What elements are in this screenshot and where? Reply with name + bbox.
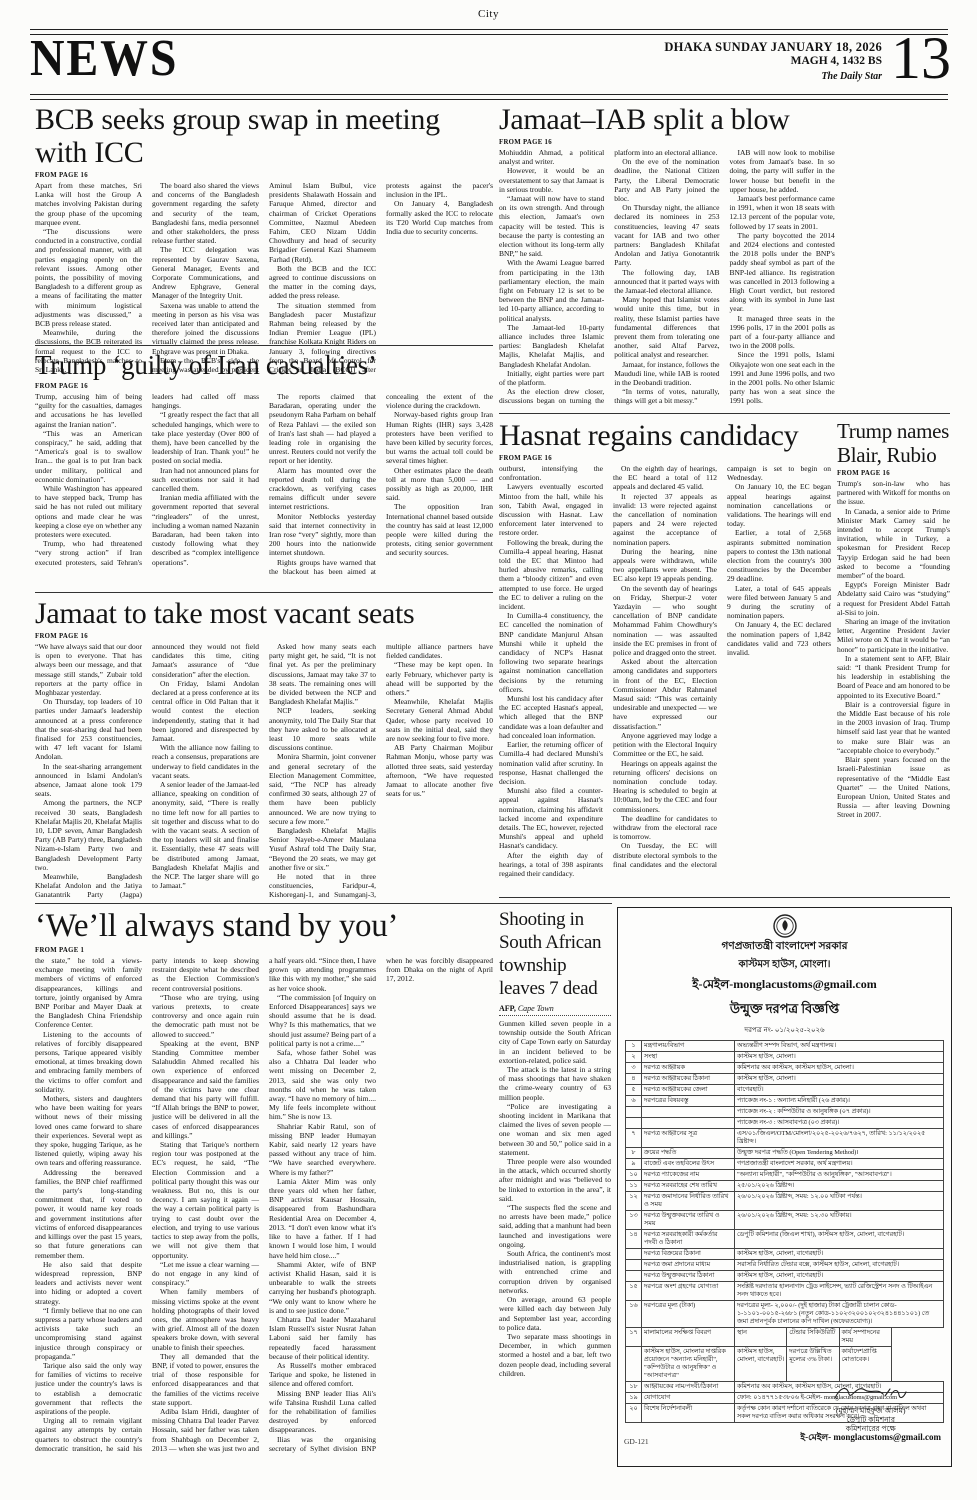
from-page-kicker: FROM PAGE 16 xyxy=(35,383,493,390)
article-trump-blair: Trump names Blair, Rubio FROM PAGE 16 Tr… xyxy=(837,419,950,884)
paragraph: “These may be kept open. In early Februa… xyxy=(386,660,493,697)
paragraph: However, it would be an overstatement to… xyxy=(499,166,604,194)
paragraph: Since the 1991 polls, Islami Oikyajote w… xyxy=(730,350,835,405)
paragraph: “This was an American conspiracy,” he sa… xyxy=(35,429,142,484)
paragraph: With the alliance now failing to reach a… xyxy=(152,743,259,780)
paragraph: In the seat-sharing arrangement announce… xyxy=(35,762,142,799)
paragraph: Blair is a controversial figure in the M… xyxy=(837,700,950,755)
paragraph: Following the break, during the Cumilla-… xyxy=(499,538,603,612)
paragraph: On the seventh day of hearings on Friday… xyxy=(613,584,717,658)
paragraph: Munshi also filed a counter-appeal again… xyxy=(499,786,603,850)
paragraph: Anyone aggrieved may lodge a petition wi… xyxy=(613,731,717,759)
paragraph: Mothers, sisters and daughters who have … xyxy=(35,1094,142,1168)
paragraph: The deadline for candidates to withdraw … xyxy=(613,814,717,842)
notice-title: উন্মুক্ত দরপত্র বিজ্ঞপ্তি xyxy=(625,1000,944,1021)
from-page-kicker: FROM PAGE 16 xyxy=(35,172,493,179)
paragraph: While Washington has appeared to have st… xyxy=(35,484,142,539)
paragraph: Initially, eight parties were part of th… xyxy=(499,369,604,387)
paragraph: As Russell's mother embraced Tarique and… xyxy=(269,1361,376,1389)
paragraph: “Let me issue a clear warning — do not e… xyxy=(152,1260,259,1288)
paragraph: A senior leader of the Jamaat-led allian… xyxy=(152,780,259,890)
notice-table-row: ৩দরপত্র আহ্বায়ককমিশনার অব কাস্টমস, কাস্… xyxy=(626,1063,944,1074)
notice-table-row: ৭দরপত্র আহ্বানের সূত্রএস/০১/জিএল/OTM/মোং… xyxy=(626,1129,944,1148)
article-trump-iran: Trump ‘guilty of Iran casualties’ FROM P… xyxy=(35,350,493,584)
paragraph: Both the BCB and the ICC agreed to conti… xyxy=(269,264,376,301)
from-page-kicker: FROM PAGE 16 xyxy=(35,633,493,640)
paragraph: The attack is the latest in a string of … xyxy=(499,1065,611,1102)
paragraph: Trump, accusing him of being “guilty for… xyxy=(35,392,142,429)
paragraph: Jamaat, for instance, follows the Maudud… xyxy=(614,360,719,388)
paragraph: Norway-based rights group Iran Human Rig… xyxy=(386,410,493,465)
notice-table-row: ৮ক্রয়ের পদ্ধতিউন্মুক্ত দরপত্র পদ্ধতি (O… xyxy=(626,1148,944,1159)
paragraph: “Jamaat will now have to stand on its ow… xyxy=(499,194,604,258)
from-page-kicker: FROM PAGE 16 xyxy=(499,139,950,146)
paragraph: In Canada, a senior aide to Prime Minist… xyxy=(837,507,950,581)
paragraph: “We have always said that our door is op… xyxy=(35,642,142,697)
paragraph: It managed three seats in the 1996 polls… xyxy=(730,314,835,351)
notice-table-row: প্যাকেজ নং-৩ : আসবাবপত্র (০৩ প্রকার)। xyxy=(626,1118,944,1129)
page-number: 13 xyxy=(891,28,951,88)
paragraph: Speaking at the event, BNP Standing Comm… xyxy=(152,1039,259,1140)
paragraph: Earlier, the returning officer of Cumill… xyxy=(499,740,603,786)
paragraph: Lawyers eventually escorted Mintoo from … xyxy=(499,482,603,537)
notice-table-row: ১৭মালামালের সংক্ষিপ্ত বিবরণস্থানটেন্ডার … xyxy=(626,1328,944,1347)
paragraph: When family members of missing victims s… xyxy=(152,1287,259,1351)
paragraph: Monitor Netblocks yesterday said that in… xyxy=(269,512,376,558)
article-body: Apart from these matches, Sri Lanka will… xyxy=(35,181,493,377)
paragraph: the state,” he told a views-exchange mee… xyxy=(35,956,142,1030)
notice-ref-number: দরপত্র নং- ০১/২০২৫-২০২৬ xyxy=(625,1024,944,1036)
paragraph: The opposition Iran International channe… xyxy=(386,502,493,557)
paragraph: Jamaat's best performance came in 1991, … xyxy=(730,194,835,231)
paragraph: He also said that despite widespread rep… xyxy=(35,1260,142,1306)
paragraph: The board also shared the views and conc… xyxy=(152,181,259,245)
paragraph: Listening to the accounts of relatives o… xyxy=(35,1030,142,1094)
article-shooting: Shooting in South African township leave… xyxy=(499,908,611,1444)
article-headline: Shooting in South African township leave… xyxy=(499,908,611,1000)
paragraph: “Those who are trying, using various pre… xyxy=(152,993,259,1039)
paragraph: It rejected 37 appeals as invalid: 13 we… xyxy=(613,492,717,547)
section-label: City xyxy=(0,8,977,20)
paragraph: Trump's son-in-law who has partnered wit… xyxy=(837,479,950,507)
paragraph: Hearings on appeals against the returnin… xyxy=(613,759,717,814)
paragraph: Missing BNP leader Ilias Ali's wife Tahs… xyxy=(269,1389,376,1435)
signatory-title: ডেপুটি কমিশনার xyxy=(800,1415,941,1424)
paragraph: Meanwhile, Khelafat Majlis Secretary Gen… xyxy=(386,697,493,743)
article-bcb: BCB seeks group swap in meeting with ICC… xyxy=(35,103,493,377)
section-divider xyxy=(35,903,612,904)
notice-table-row: ১৬দরপত্রের মূল্য (টাকা)দরপত্রের মূল্য- ২… xyxy=(626,1301,944,1328)
paragraph: On January 4, Bangladesh formally asked … xyxy=(386,199,493,236)
paragraph: Munshi lost his candidacy after the EC a… xyxy=(499,694,603,740)
article-body: Trump's son-in-law who has partnered wit… xyxy=(837,479,950,884)
paragraph: Tarique also said the only way for famil… xyxy=(35,1361,142,1416)
paragraph: On average, around 63 people were killed… xyxy=(499,1295,611,1332)
article-headline: BCB seeks group swap in meeting with ICC xyxy=(35,103,493,169)
from-page-kicker: FROM PAGE 16 xyxy=(499,455,831,462)
paragraph: The reports claimed that Baradaran, oper… xyxy=(269,392,376,466)
paragraph: Many hoped that Islamist votes would uni… xyxy=(614,295,719,359)
notice-email-line: ই-মেইল-monglacustoms@gmail.com xyxy=(625,976,944,996)
notice-table-row: ৫দরপত্র আহ্বায়কের জেলাবাগেরহাট। xyxy=(626,1085,944,1096)
paragraph: “The discussions were conducted in a con… xyxy=(35,227,142,328)
section-divider xyxy=(35,345,493,346)
paragraph: On Thursday night, the alliance declared… xyxy=(614,203,719,267)
from-page-kicker: FROM PAGE 16 xyxy=(837,470,950,477)
paragraph: On January 4, the EC declared the nomina… xyxy=(727,620,831,657)
article-headline: Hasnat regains candidacy xyxy=(499,419,831,452)
signature-block: (মুহাম্মদ মাহফুজ আলম) ডেপুটি কমিশনার কমি… xyxy=(800,1380,941,1442)
tender-notice-ad: গণপ্রজাতন্ত্রী বাংলাদেশ সরকার কাস্টমস হা… xyxy=(617,907,952,1467)
notice-table-row: ১২দরপত্র জমাদানের নির্ধারিত তারিখ ও সময়… xyxy=(626,1192,944,1211)
signatory-email: ই-মেইল- monglacustoms@gmail.com xyxy=(800,1433,941,1442)
article-headline: ‘We’ll always stand by you’ xyxy=(35,908,493,944)
byline-place: Cape Town xyxy=(518,1004,554,1013)
paragraph: “The commission [of Inquiry on Enforced … xyxy=(269,993,376,1048)
paragraph: “In terms of votes, naturally, things wi… xyxy=(614,387,719,405)
paragraph: Later, a total of 645 appeals were filed… xyxy=(727,584,831,621)
paragraph: “Police are investigating a shooting inc… xyxy=(499,1102,611,1157)
paragraph: The ICC delegation was represented by Ga… xyxy=(152,245,259,300)
ad-code: GD-121 xyxy=(624,1437,649,1446)
byline-agency: AFP, xyxy=(499,1004,516,1013)
paragraph: Iranian media affiliated with the govern… xyxy=(152,493,259,567)
paragraph: On the eighth day of hearings, the EC he… xyxy=(613,464,717,492)
from-page-kicker: FROM PAGE 1 xyxy=(35,947,493,954)
paragraph: Asked how many seats each party might ge… xyxy=(269,642,376,706)
paragraph: During the hearing, nine appeals were wi… xyxy=(613,547,717,584)
paragraph: Three people were also wounded in the at… xyxy=(499,1157,611,1203)
paragraph: The party boycotted the 2014 and 2024 el… xyxy=(730,231,835,314)
paragraph: “I greatly respect the fact that all sch… xyxy=(152,410,259,465)
notice-table-row: ১৪দরপত্র সরবরাহকারী কর্মকর্তার পদবী ও ঠি… xyxy=(626,1230,944,1249)
byline-rule xyxy=(499,1015,611,1016)
paragraph: On January 10, the EC began appeal heari… xyxy=(727,482,831,528)
paragraph: After the eighth day of hearings, a tota… xyxy=(499,851,603,879)
paragraph: Apart from these matches, Sri Lanka will… xyxy=(35,181,142,227)
byline: AFP, Cape Town xyxy=(499,1004,611,1013)
paragraph: They all demanded that the BNP, if voted… xyxy=(152,1352,259,1407)
section-divider xyxy=(499,897,950,898)
notice-table-row: দরপত্র বিক্রয়ের ঠিকানাকাস্টমস হাউস, মোং… xyxy=(626,1249,944,1260)
notice-table-row: ৪দরপত্র আহ্বায়কের ঠিকানাকাস্টমস হাউস, ম… xyxy=(626,1074,944,1085)
notice-table-row: ৬দরপত্রের বিষয়বস্তুপ্যাকেজ নং-১ : অন্যা… xyxy=(626,1096,944,1107)
signature-scribble xyxy=(831,1380,911,1406)
date-block: DHAKA SUNDAY JANUARY 18, 2026 MAGH 4, 14… xyxy=(664,40,882,84)
paragraph: In Cumilla-4 constituency, the EC cancel… xyxy=(499,611,603,694)
article-body: outburst, intensifying the confrontation… xyxy=(499,464,831,882)
paragraph: “The suspects fled the scene and no arre… xyxy=(499,1203,611,1249)
paragraph: Saxena was unable to attend the meeting … xyxy=(152,301,259,356)
paragraph: Chhatra Dal leader Mazaharul Islam Russe… xyxy=(269,1315,376,1361)
article-body: the state,” he told a views-exchange mee… xyxy=(35,956,493,1456)
paragraph: Bangladesh Khelafat Majlis Senior Nayeb-… xyxy=(269,826,376,872)
masthead: NEWS xyxy=(30,33,178,85)
article-body: Trump, accusing him of being “guilty for… xyxy=(35,392,493,584)
paragraph: Safa, whose father Sohel was also a Chha… xyxy=(269,1048,376,1122)
article-headline: Trump names Blair, Rubio xyxy=(837,419,950,467)
notice-table-row: দরপত্র উন্মুক্তকরণের ঠিকানাকাস্টমস হাউস,… xyxy=(626,1271,944,1282)
paragraph: outburst, intensifying the confrontation… xyxy=(499,464,603,482)
paragraph: On the eve of the nomination deadline, t… xyxy=(614,157,719,203)
notice-table-row: ১মন্ত্রণালয়/বিভাগঅভ্যন্তরীণ সম্পদ বিভাগ… xyxy=(626,1041,944,1052)
date-line: DHAKA SUNDAY JANUARY 18, 2026 xyxy=(664,40,882,54)
article-jamaat-iab: Jamaat–IAB split a blow FROM PAGE 16 Moh… xyxy=(499,103,950,410)
header-rule-bottom xyxy=(30,94,948,100)
notice-table-row: ১৩দরপত্র উন্মুক্তকরণের তারিখ ও সময়২৬/০১… xyxy=(626,1211,944,1230)
paragraph: NCP leaders, seeking anonymity, told The… xyxy=(269,706,376,752)
section-divider xyxy=(499,413,950,414)
paragraph: Among the partners, the NCP received 30 … xyxy=(35,798,142,872)
paragraph: Lamia Akter Mim was only three years old… xyxy=(269,1177,376,1260)
notice-office-line: কাস্টমস হাউস, মোংলা। xyxy=(625,957,944,974)
paragraph: Alarm has mounted over the reported deat… xyxy=(269,466,376,512)
paragraph: The following day, IAB announced that it… xyxy=(614,268,719,296)
paragraph: Addressing the bereaved families, the BN… xyxy=(35,1168,142,1260)
article-body: “We have always said that our door is op… xyxy=(35,642,493,900)
notice-table-row: ৯বাজেট এবং তহবিলের উৎসগণপ্রজাতন্ত্রী বাং… xyxy=(626,1159,944,1170)
article-headline: Jamaat to take most vacant seats xyxy=(35,597,493,630)
paragraph: On Friday, Islami Andolan declared at a … xyxy=(152,679,259,743)
article-hasnat: Hasnat regains candidacy FROM PAGE 16 ou… xyxy=(499,419,831,882)
paragraph: In a statement sent to AFP, Blair said: … xyxy=(837,654,950,700)
paragraph: On Thursday, top leaders of 10 parties u… xyxy=(35,697,142,761)
paragraph: South Africa, the continent's most indus… xyxy=(499,1249,611,1295)
article-headline: Trump ‘guilty of Iran casualties’ xyxy=(35,350,493,380)
article-headline: Jamaat–IAB split a blow xyxy=(499,103,950,136)
paragraph: AB Party Chairman Mojibur Rahman Monju, … xyxy=(386,743,493,798)
paragraph: Mohiuddin Ahmad, a political analyst and… xyxy=(499,148,604,166)
section-divider xyxy=(35,592,493,593)
paragraph: Sharing an image of the invitation lette… xyxy=(837,617,950,654)
paragraph: The Jamaat-led 10-party alliance include… xyxy=(499,323,604,369)
paragraph: Earlier, a total of 2,568 aspirants subm… xyxy=(727,528,831,583)
article-stand-by-you: ‘We’ll always stand by you’ FROM PAGE 1 … xyxy=(35,908,493,1456)
article-vacant-seats: Jamaat to take most vacant seats FROM PA… xyxy=(35,597,493,900)
notice-table-row: ১০দরপত্র প্যাকেজের নাম"অন্যান্য মনিহারী"… xyxy=(626,1170,944,1181)
paragraph: Egypt's Foreign Minister Badr Abdelatty … xyxy=(837,580,950,617)
paragraph: Asked about the altercation among candid… xyxy=(613,657,717,731)
paragraph: Blair spent years focused on the Israeli… xyxy=(837,755,950,819)
article-body: Gunmen killed seven people in a township… xyxy=(499,1019,611,1444)
notice-table-row: দরপত্র জমা প্রদানের মাধ্যমসরাসরি নির্ধার… xyxy=(626,1260,944,1271)
govt-seal-icon xyxy=(773,914,797,938)
bangla-date-line: MAGH 4, 1432 BS xyxy=(664,54,882,68)
paragraph: Shahriar Kabir Ratul, son of missing BNP… xyxy=(269,1122,376,1177)
newspaper-page: City NEWS DHAKA SUNDAY JANUARY 18, 2026 … xyxy=(0,0,977,1500)
paragraph: Other estimates place the death toll at … xyxy=(386,466,493,503)
paragraph: Two separate mass shootings in December,… xyxy=(499,1332,611,1378)
paper-name-logo: The Daily Star xyxy=(664,70,882,84)
paragraph: Monira Sharmin, joint convener and gener… xyxy=(269,752,376,826)
paragraph: Iran had not announced plans for such ex… xyxy=(152,466,259,494)
notice-table: ১মন্ত্রণালয়/বিভাগঅভ্যন্তরীণ সম্পদ বিভাগ… xyxy=(625,1040,944,1423)
signatory-name: (মুহাম্মদ মাহফুজ আলম) xyxy=(800,1406,941,1415)
notice-table-row: প্যাকেজ নং-২ : কম্পিউটার ও আনুষঙ্গিক (০৭… xyxy=(626,1107,944,1118)
paragraph: Gunmen killed seven people in a township… xyxy=(499,1019,611,1065)
notice-table-row: ১১দরপত্র সরবরাহের শেষ তারিখ২৫/০১/২০২৬ খ্… xyxy=(626,1181,944,1192)
notice-government-line: গণপ্রজাতন্ত্রী বাংলাদেশ সরকার xyxy=(625,939,944,956)
paragraph: IAB will now look to mobilise votes from… xyxy=(730,148,835,194)
article-body: Mohiuddin Ahmad, a political analyst and… xyxy=(499,148,950,410)
paragraph: With the Awami League barred from partic… xyxy=(499,258,604,322)
paragraph: Shammi Akter, wife of BNP activist Khali… xyxy=(269,1260,376,1315)
paragraph: Stating that Tarique's northern region t… xyxy=(152,1140,259,1260)
paragraph: “I firmly believe that no one can suppre… xyxy=(35,1306,142,1361)
notice-table-row: ১৫দরপত্রে অংশ গ্রহণের যোগ্যতাসংশ্লিষ্ট দ… xyxy=(626,1282,944,1301)
notice-table-row: কাস্টমস হাউস, মোংলার দাপ্তরিক প্রয়োজনে … xyxy=(626,1347,944,1382)
notice-table-row: ২সংস্থাকাস্টমস হাউস, মোংলা। xyxy=(626,1052,944,1063)
